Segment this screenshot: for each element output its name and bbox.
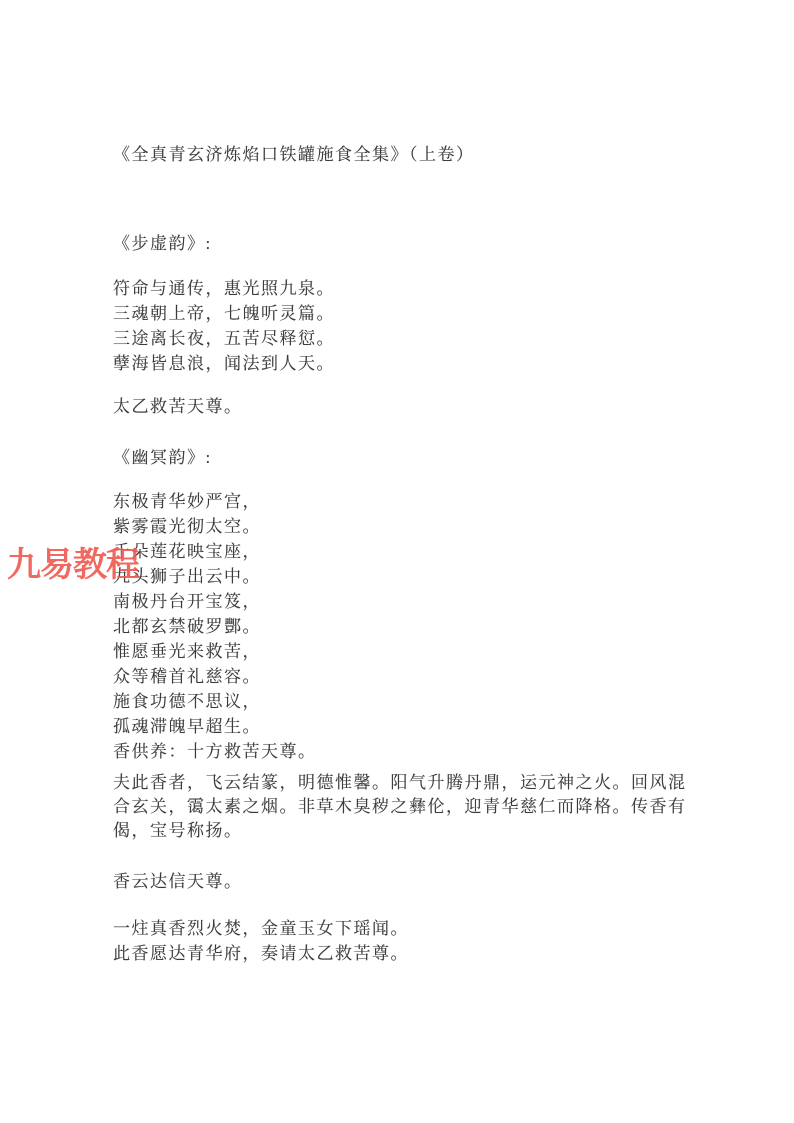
verse-line: 北都玄禁破罗酆。 — [113, 614, 317, 639]
verse-line: 符命与通传，惠光照九泉。 — [113, 276, 335, 301]
verse-line: 施食功德不思议， — [113, 689, 317, 714]
verse-line: 香供养：十方救苦天尊。 — [113, 739, 317, 764]
verse-line: 南极丹台开宝笈， — [113, 589, 317, 614]
verse-line: 三魂朝上帝，七魄听灵篇。 — [113, 301, 335, 326]
verse-line: 众等稽首礼慈容。 — [113, 664, 317, 689]
document-title: 《全真青玄济炼焰口铁罐施食全集》（上卷） — [113, 142, 475, 167]
document-page: 《全真青玄济炼焰口铁罐施食全集》（上卷） 《步虚韵》: 符命与通传，惠光照九泉。… — [0, 0, 794, 1123]
section-heading-youming: 《幽冥韵》: — [113, 445, 212, 470]
buxu-verse: 符命与通传，惠光照九泉。 三魂朝上帝，七魄听灵篇。 三途离长夜，五苦尽释愆。 孽… — [113, 276, 335, 376]
xiangyun-invocation: 香云达信天尊。 — [113, 869, 243, 894]
closing-verse: 一炷真香烈火焚，金童玉女下瑶闻。 此香愿达青华府，奏请太乙救苦尊。 — [113, 916, 409, 966]
verse-line: 千朵莲花映宝座， — [113, 539, 317, 564]
incense-paragraph: 夫此香者，飞云结篆，明德惟馨。阳气升腾丹鼎，运元神之火。回风混 合玄关，霭太素之… — [113, 771, 687, 843]
verse-line: 孽海皆息浪，闻法到人天。 — [113, 351, 335, 376]
verse-line: 孤魂滞魄早超生。 — [113, 714, 317, 739]
verse-line: 紫雾霞光彻太空。 — [113, 514, 317, 539]
verse-line: 一炷真香烈火焚，金童玉女下瑶闻。 — [113, 916, 409, 941]
youming-verse: 东极青华妙严宫， 紫雾霞光彻太空。 千朵莲花映宝座， 九头狮子出云中。 南极丹台… — [113, 489, 317, 764]
verse-line: 惟愿垂光来救苦， — [113, 639, 317, 664]
paragraph-line: 偈，宝号称扬。 — [113, 819, 687, 843]
paragraph-line: 合玄关，霭太素之烟。非草木臭秽之彝伦，迎青华慈仁而降格。传香有 — [113, 795, 687, 819]
section-heading-buxu: 《步虚韵》: — [113, 231, 212, 256]
jiuyi-jiaocheng-watermark: 九易教程 — [7, 546, 139, 584]
taiyi-invocation: 太乙救苦天尊。 — [113, 394, 243, 419]
verse-line: 此香愿达青华府，奏请太乙救苦尊。 — [113, 941, 409, 966]
verse-line: 三途离长夜，五苦尽释愆。 — [113, 326, 335, 351]
verse-line: 九头狮子出云中。 — [113, 564, 317, 589]
paragraph-line: 夫此香者，飞云结篆，明德惟馨。阳气升腾丹鼎，运元神之火。回风混 — [113, 771, 687, 795]
verse-line: 东极青华妙严宫， — [113, 489, 317, 514]
